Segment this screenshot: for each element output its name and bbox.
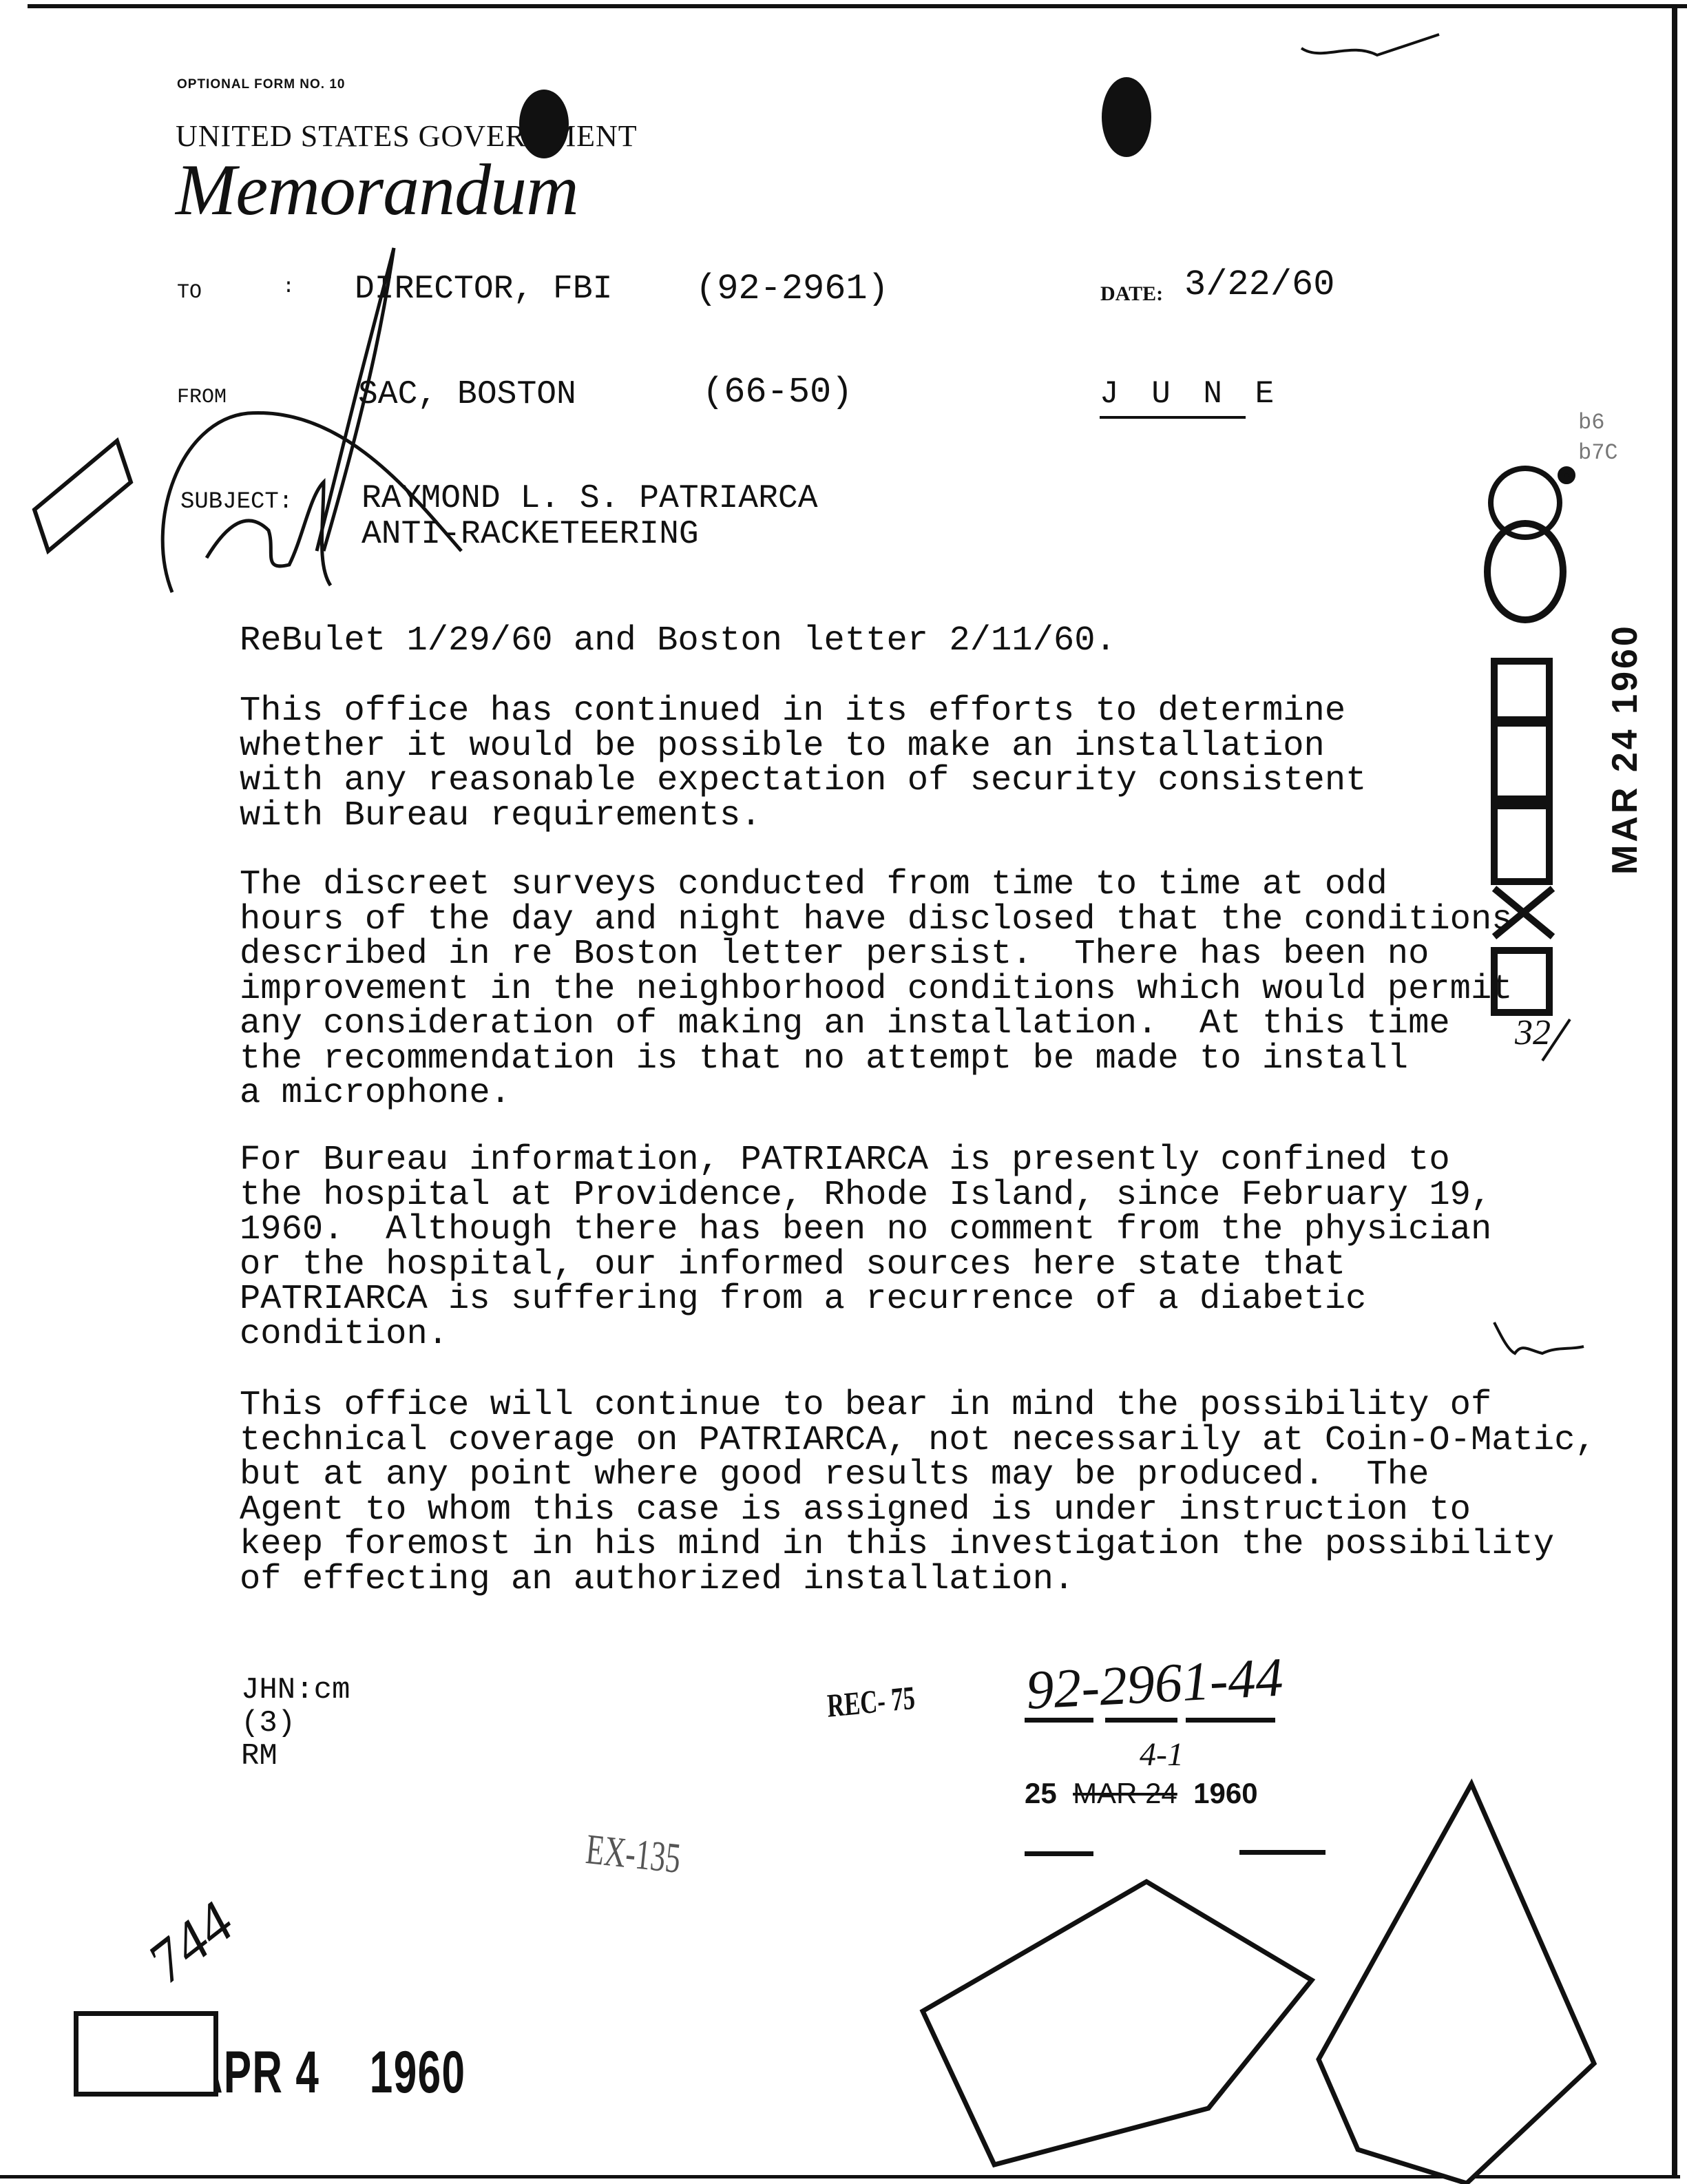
redaction-bar <box>1186 1718 1275 1723</box>
paragraph: The discreet surveys conducted from time… <box>240 868 1513 1112</box>
initials: JHN:cm <box>241 1674 350 1707</box>
to-colon: : <box>282 275 295 299</box>
paragraph: This office will continue to bear in min… <box>240 1389 1596 1597</box>
page-edge-bottom <box>0 2175 1680 2178</box>
paragraph-line: 1960. Although there has been no comment… <box>240 1213 1491 1248</box>
paragraph-line: For Bureau information, PATRIARCA is pre… <box>240 1143 1491 1178</box>
memo-page: OPTIONAL FORM NO. 10 UNITED STATES GOVER… <box>0 0 1687 2184</box>
code-word-underline <box>1100 416 1246 419</box>
redaction-bar <box>1025 1718 1093 1723</box>
paragraph-line: technical coverage on PATRIARCA, not nec… <box>240 1424 1596 1459</box>
rec-stamp: REC- 75 <box>826 1679 916 1725</box>
paragraph-line: the recommendation is that no attempt be… <box>240 1042 1513 1077</box>
from-file-number: (66-50) <box>702 372 852 413</box>
date-value: 3/22/60 <box>1184 264 1334 305</box>
subject-label: SUBJECT: <box>180 489 293 515</box>
handwritten-file-number: 92-2961-44 <box>1025 1646 1285 1722</box>
received-prefix: 25 <box>1025 1777 1057 1809</box>
paragraph-line: whether it would be possible to make an … <box>240 729 1366 765</box>
copies-count: (3) <box>241 1707 350 1740</box>
paragraph-line: but at any point where good results may … <box>240 1458 1596 1493</box>
from-value: SAC, BOSTON <box>358 376 576 413</box>
paragraph-line: Agent to whom this case is assigned is u… <box>240 1493 1596 1528</box>
paragraph: This office has continued in its efforts… <box>240 694 1366 833</box>
redaction-code: b7C <box>1578 438 1618 468</box>
code-word: J U N E <box>1100 376 1281 412</box>
paragraph-line: condition. <box>240 1318 1491 1353</box>
redaction-bar <box>1105 1718 1177 1723</box>
handwritten-serial: 4-1 <box>1140 1736 1184 1774</box>
paragraph-line: with any reasonable expectation of secur… <box>240 764 1366 799</box>
ex-stamp: EX-135 <box>584 1825 683 1884</box>
paragraph-line: the hospital at Providence, Rhode Island… <box>240 1178 1491 1214</box>
paragraph-line: hours of the day and night have disclose… <box>240 903 1513 938</box>
memo-title: Memorandum <box>176 148 578 232</box>
redaction-bar <box>1025 1851 1093 1856</box>
subject-line: ANTI-RACKETEERING <box>361 517 818 552</box>
bottom-date-stamp: APR 4 1960 <box>193 2039 465 2107</box>
vertical-date-stamp: MAR 24 1960 <box>1604 623 1646 875</box>
paragraph-line: any consideration of making an installat… <box>240 1007 1513 1042</box>
from-label: FROM <box>177 386 227 409</box>
subject-value: RAYMOND L. S. PATRIARCAANTI-RACKETEERING <box>361 481 818 552</box>
subject-line: RAYMOND L. S. PATRIARCA <box>361 481 818 517</box>
received-year: 1960 <box>1193 1777 1257 1809</box>
redaction-bar <box>1239 1850 1325 1855</box>
paragraph-line: a microphone. <box>240 1077 1513 1112</box>
to-file-number: (92-2961) <box>695 269 889 309</box>
paragraph: For Bureau information, PATRIARCA is pre… <box>240 1143 1491 1352</box>
paragraph-line: or the hospital, our informed sources he… <box>240 1248 1491 1283</box>
paragraph-line: described in re Boston letter persist. T… <box>240 937 1513 973</box>
reference-line: ReBulet 1/29/60 and Boston letter 2/11/6… <box>240 624 1116 659</box>
paragraph-line: with Bureau requirements. <box>240 799 1366 834</box>
handwritten-side-mark: 32 <box>1515 1012 1551 1053</box>
redaction-codes: b6b7C <box>1578 408 1618 468</box>
routing: RM <box>241 1740 350 1773</box>
received-stamp: 25 MAR 24 1960 <box>1025 1777 1258 1810</box>
paragraph-line: The discreet surveys conducted from time… <box>240 868 1513 903</box>
page-edge-top <box>28 4 1687 8</box>
paragraph-line: of effecting an authorized installation. <box>240 1563 1596 1598</box>
paragraph-line: This office will continue to bear in min… <box>240 1389 1596 1424</box>
paragraph-line: keep foremost in his mind in this invest… <box>240 1528 1596 1563</box>
redaction-box <box>74 2011 218 2097</box>
handwritten-number: 744 <box>134 1888 247 1997</box>
redaction-code: b6 <box>1578 408 1618 438</box>
paragraph-line: This office has continued in its efforts… <box>240 694 1366 729</box>
to-label: TO <box>177 281 202 304</box>
to-value: DIRECTOR, FBI <box>355 271 612 308</box>
form-number: OPTIONAL FORM NO. 10 <box>177 77 346 92</box>
typist-initials: JHN:cm(3)RM <box>241 1674 350 1773</box>
received-struck-date: MAR 24 <box>1073 1777 1177 1809</box>
redaction-polygons <box>923 1784 1594 2183</box>
date-label: DATE: <box>1100 282 1163 306</box>
paragraph-line: improvement in the neighborhood conditio… <box>240 973 1513 1008</box>
paragraph-line: PATRIARCA is suffering from a recurrence… <box>240 1282 1491 1318</box>
page-edge-right <box>1672 7 1677 2176</box>
